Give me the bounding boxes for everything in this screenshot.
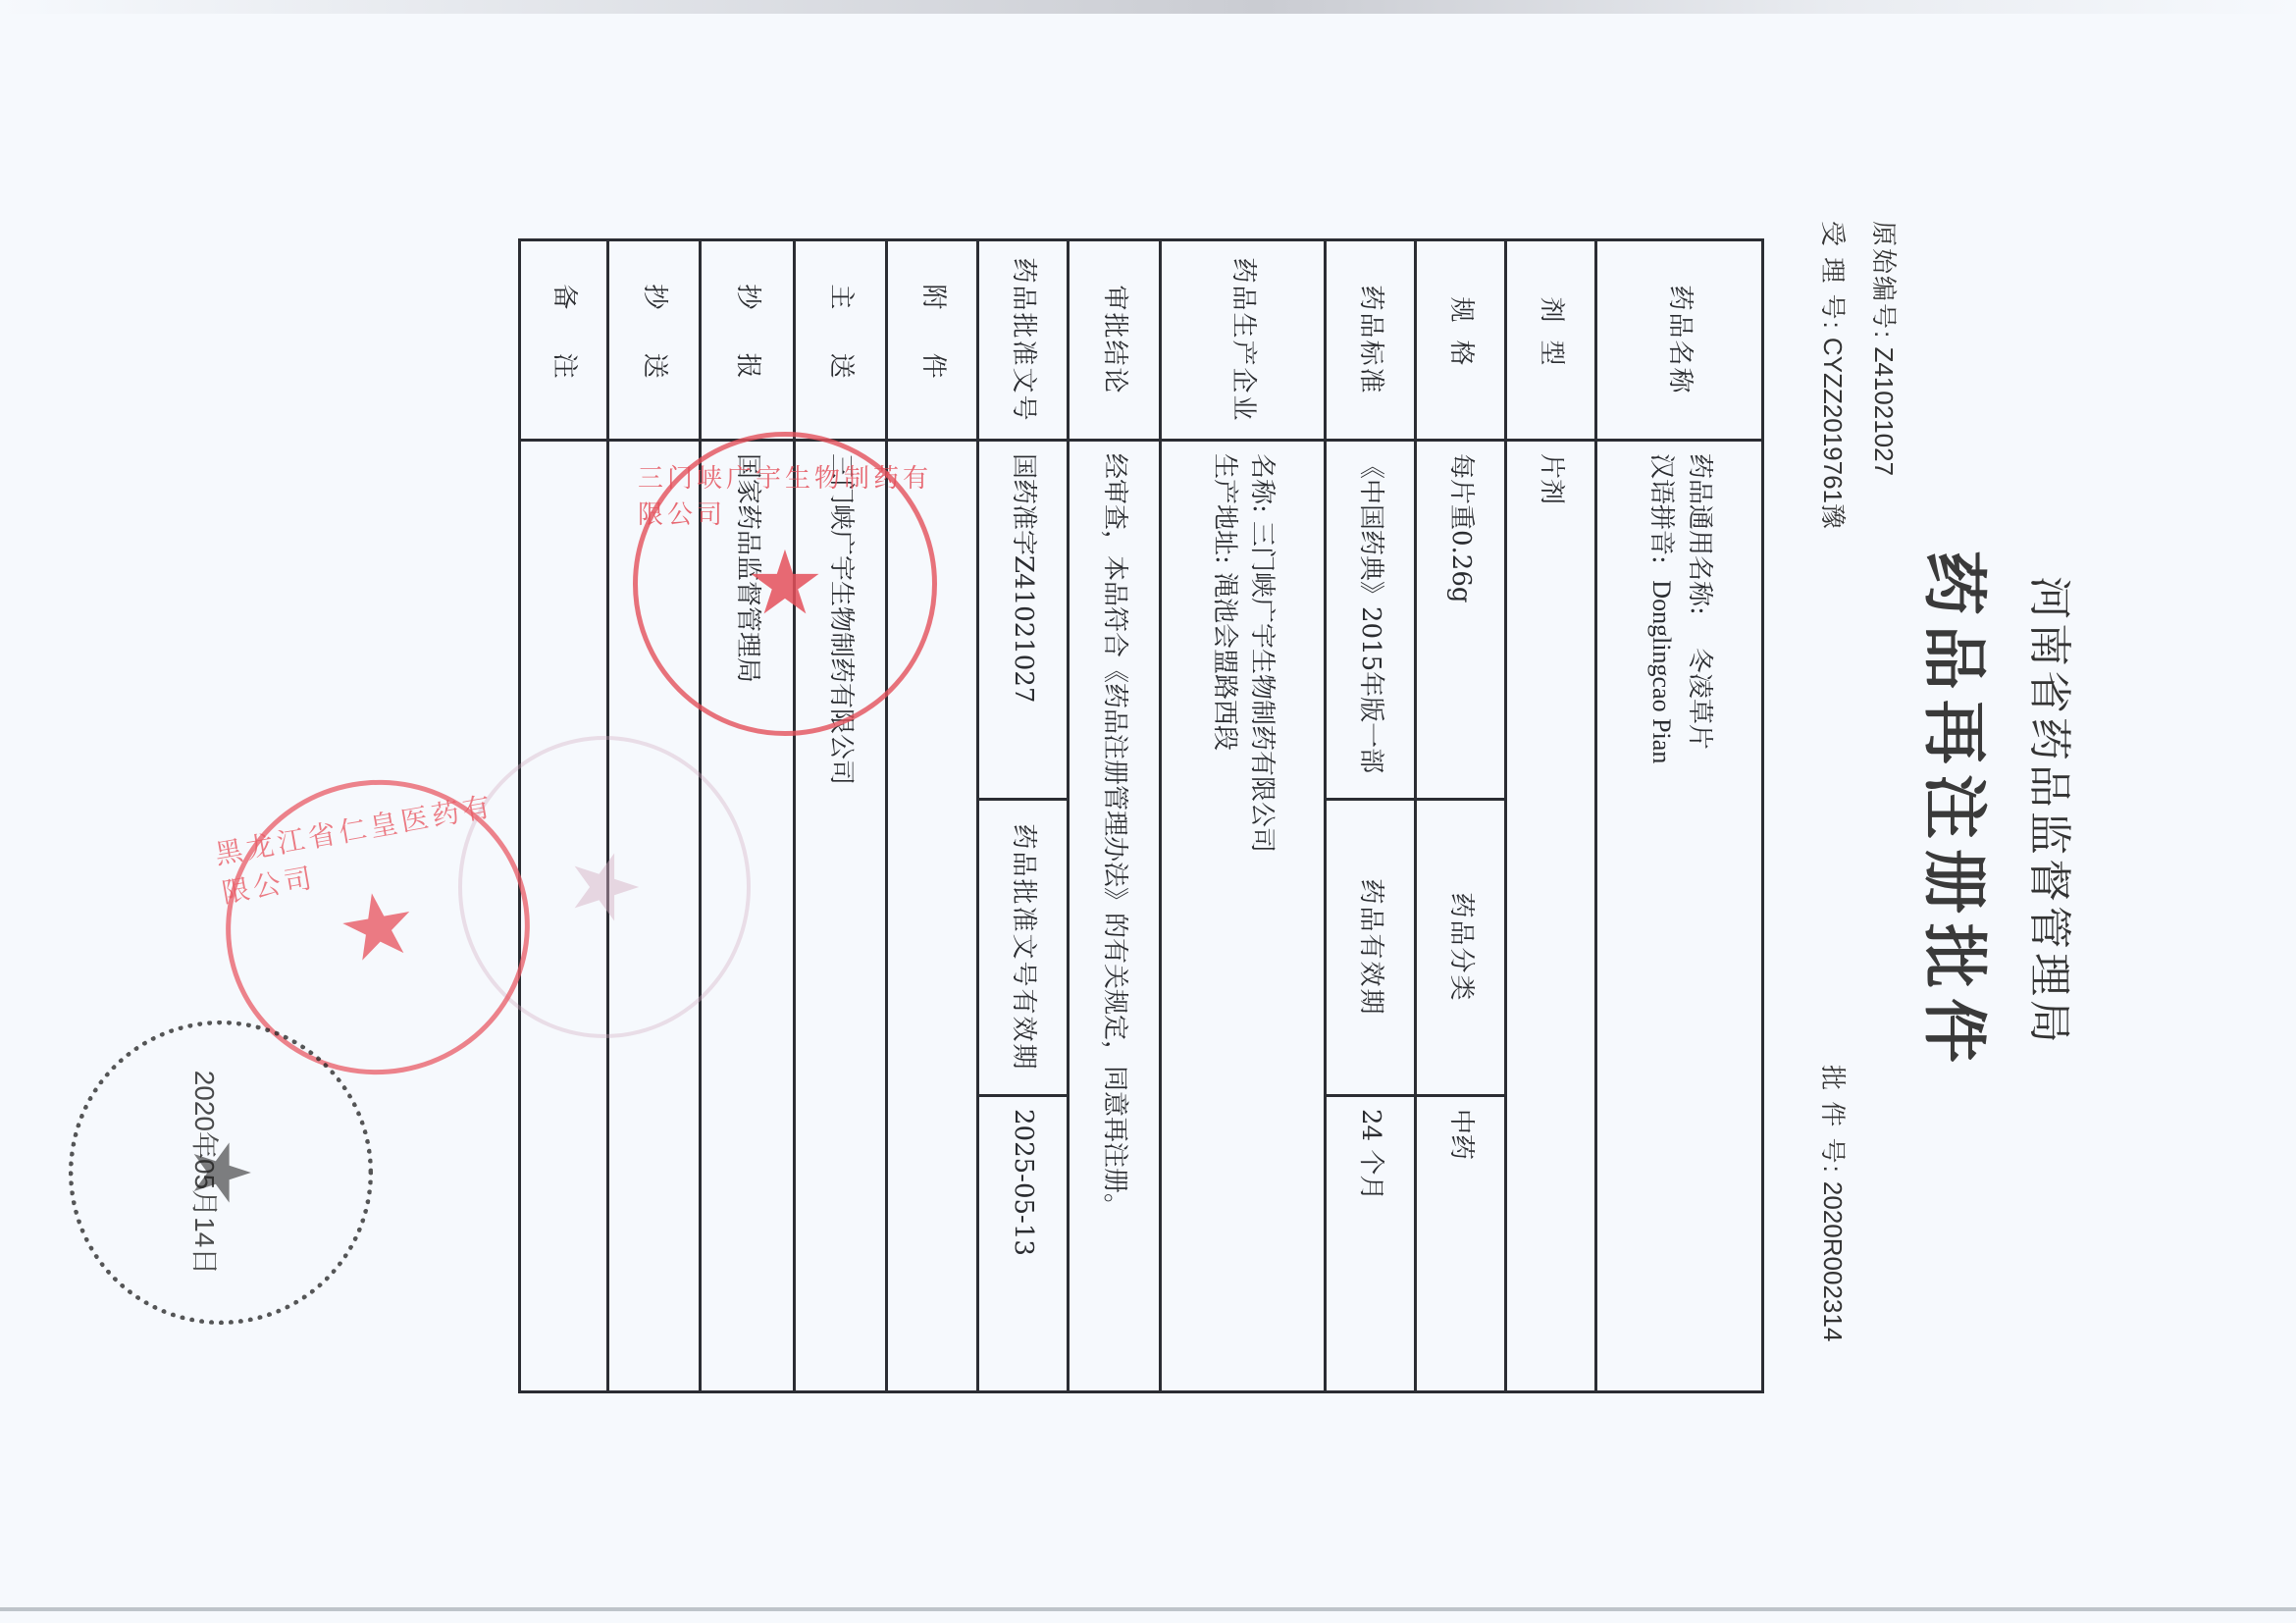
approval-number-value: 国药准字Z41021027 — [978, 441, 1069, 800]
table-row-attachment: 附 件 — [887, 240, 978, 1392]
approval-number-label: 药品批准文号 — [978, 240, 1069, 441]
generic-name-value: 冬凌草片 — [1685, 648, 1714, 750]
registration-approval-document: 河南省药品监督管理局 药品再注册批件 原始编号: Z41021027 受 理 号… — [0, 0, 2296, 1623]
star-icon: ★ — [746, 540, 825, 628]
manufacturer-address: 生产地址: 渑池会盟路西段 — [1206, 453, 1243, 1379]
original-number-value: Z41021027 — [1869, 346, 1899, 476]
cc-send-label: 抄 送 — [608, 240, 701, 441]
conclusion-label: 审批结论 — [1069, 240, 1161, 441]
table-row-specification: 规格 每片重0.26g 药品分类 中药 — [1416, 240, 1506, 1392]
approval-doc-number: 批 件 号: 2020R002314 — [1816, 1065, 1852, 1341]
dosage-form-value: 片剂 — [1506, 441, 1596, 1392]
date-seal-date: 2020年05月14日 — [186, 1071, 226, 1276]
category-label: 药品分类 — [1416, 800, 1506, 1096]
original-number-label: 原始编号: — [1869, 221, 1899, 340]
manufacturer-name: 名称: 三门峡广宇生物制药有限公司 — [1243, 453, 1280, 1379]
standard-value: 《中国药典》2015年版一部 — [1326, 441, 1416, 800]
company-seal-text: 三门峡广宇生物制药有限公司 — [638, 458, 932, 531]
specification-label: 规格 — [1416, 240, 1506, 441]
manufacturer-address-value: 渑池会盟路西段 — [1211, 572, 1240, 751]
dosage-form-label: 剂型 — [1506, 240, 1596, 441]
acceptance-number: 受 理 号: CYZZ2019761豫 — [1816, 221, 1852, 529]
table-row-approval-number: 药品批准文号 国药准字Z41021027 药品批准文号有效期 2025-05-1… — [978, 240, 1069, 1392]
approval-doc-number-value: 2020R002314 — [1818, 1181, 1848, 1341]
manufacturer-name-value: 三门峡广宇生物制药有限公司 — [1247, 521, 1277, 853]
table-row-standard: 药品标准 《中国药典》2015年版一部 药品有效期 24 个月 — [1326, 240, 1416, 1392]
table-row-main-recipient: 主 送 三门峡广宇生物制药有限公司 — [795, 240, 887, 1392]
specification-value: 每片重0.26g — [1416, 441, 1506, 800]
drug-name-label: 药品名称 — [1596, 240, 1763, 441]
cc-report-label: 抄 报 — [701, 240, 795, 441]
category-value: 中药 — [1416, 1096, 1506, 1392]
document-title: 药品再注册批件 — [1913, 0, 2007, 1623]
table-row-conclusion: 审批结论 经审查，本品符合《药品注册管理办法》的有关规定，同意再注册。 — [1069, 240, 1161, 1392]
pinyin-value: Donglingcao Pian — [1647, 580, 1676, 763]
pinyin-label: 汉语拼音: — [1646, 453, 1676, 564]
standard-label: 药品标准 — [1326, 240, 1416, 441]
main-recipient-label: 主 送 — [795, 240, 887, 441]
original-number: 原始编号: Z41021027 — [1867, 221, 1904, 476]
table-row-manufacturer: 药品生产企业 名称: 三门峡广宇生物制药有限公司 生产地址: 渑池会盟路西段 — [1161, 240, 1326, 1392]
manufacturer-address-label: 生产地址: — [1211, 453, 1240, 564]
company-seal: 三门峡广宇生物制药有限公司 ★ — [633, 432, 937, 736]
generic-name: 药品通用名称: 冬凌草片 — [1680, 453, 1717, 1379]
approval-validity-value: 2025-05-13 — [978, 1096, 1069, 1392]
star-icon: ★ — [331, 877, 424, 978]
issuing-agency: 河南省药品监督管理局 — [2022, 0, 2085, 1623]
remarks-label: 备 注 — [520, 240, 608, 441]
generic-name-label: 药品通用名称: — [1685, 453, 1714, 615]
star-icon: ★ — [560, 848, 649, 927]
manufacturer-name-label: 名称: — [1247, 453, 1277, 513]
manufacturer-cell: 名称: 三门峡广宇生物制药有限公司 生产地址: 渑池会盟路西段 — [1161, 441, 1326, 1392]
acceptance-number-label: 受 理 号: — [1818, 221, 1848, 331]
attachment-label: 附 件 — [887, 240, 978, 441]
approval-doc-number-label: 批 件 号: — [1818, 1065, 1848, 1175]
table-row-dosage-form: 剂型 片剂 — [1506, 240, 1596, 1392]
date-seal: ★ 2020年05月14日 — [69, 1021, 373, 1325]
table-row-drug-name: 药品名称 药品通用名称: 冬凌草片 汉语拼音: Donglingcao Pian — [1596, 240, 1763, 1392]
conclusion-value: 经审查，本品符合《药品注册管理办法》的有关规定，同意再注册。 — [1069, 441, 1161, 1392]
approval-validity-label: 药品批准文号有效期 — [978, 800, 1069, 1096]
shelf-life-value: 24 个月 — [1326, 1096, 1416, 1392]
shelf-life-label: 药品有效期 — [1326, 800, 1416, 1096]
drug-name-cell: 药品通用名称: 冬凌草片 汉语拼音: Donglingcao Pian — [1596, 441, 1763, 1392]
manufacturer-label: 药品生产企业 — [1161, 240, 1326, 441]
pinyin-name: 汉语拼音: Donglingcao Pian — [1642, 453, 1680, 1379]
acceptance-number-value: CYZZ2019761豫 — [1818, 338, 1848, 529]
